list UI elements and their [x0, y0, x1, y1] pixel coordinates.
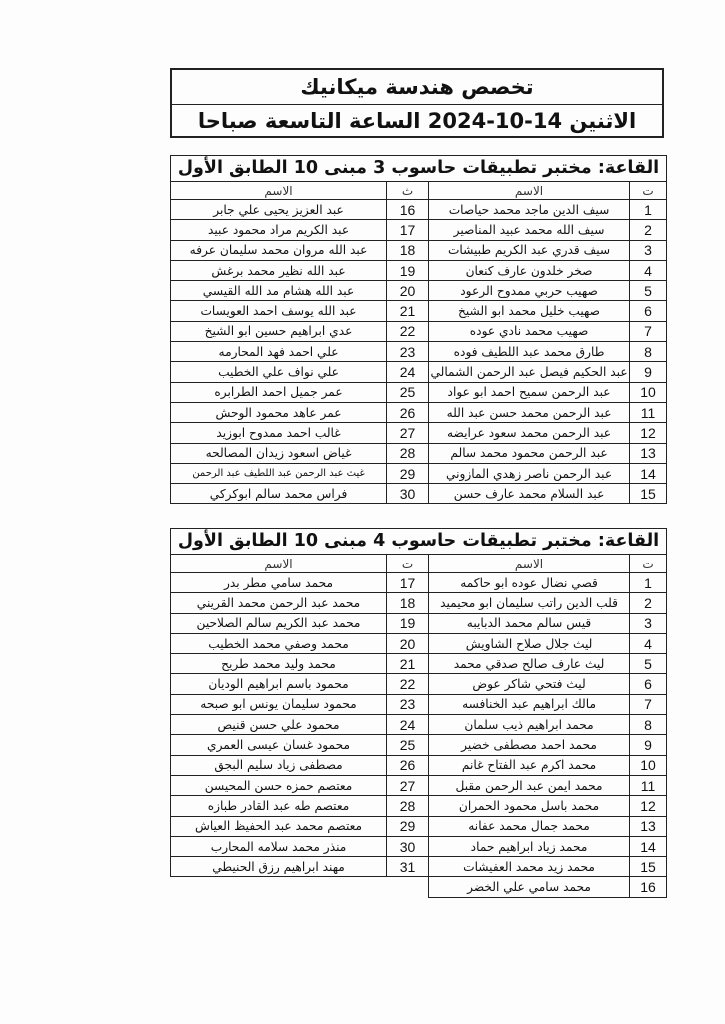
- row-number: 16: [630, 877, 667, 897]
- student-name: ليث جلال صلاح الشاويش: [429, 633, 630, 653]
- hall-title: القاعة: مختبر تطبيقات حاسوب 3 مبنى 10 ال…: [171, 156, 667, 182]
- table-row: 10محمد اكرم عبد الفتاح غانم26مصطفى زياد …: [171, 755, 667, 775]
- table-row: 5ليث عارف صالح صدقي محمد21محمد وليد محمد…: [171, 654, 667, 674]
- table-row: 4ليث جلال صلاح الشاويش20محمد وصفي محمد ا…: [171, 633, 667, 653]
- table-row: 14محمد زياد ابراهيم حماد30منذر محمد سلام…: [171, 836, 667, 856]
- major-title: تخصص هندسة ميكانيك: [172, 70, 662, 104]
- hall-row: القاعة: مختبر تطبيقات حاسوب 3 مبنى 10 ال…: [171, 156, 667, 182]
- row-number: 27: [387, 423, 429, 443]
- row-number: 13: [630, 816, 667, 836]
- student-name: مصطفى زياد سليم البجق: [171, 755, 387, 775]
- document-page: تخصص هندسة ميكانيك الاثنين 14-10-2024 ال…: [0, 0, 725, 1024]
- row-number: 11: [630, 775, 667, 795]
- student-name: منذر محمد سلامه المحارب: [171, 836, 387, 856]
- row-number: 14: [630, 463, 667, 483]
- header-name-right: الاسم: [429, 182, 630, 200]
- table-row: 14عبد الرحمن ناصر زهدي المازوني29غيث عبد…: [171, 463, 667, 483]
- table-row: 6صهيب خليل محمد ابو الشيخ21عبد الله يوسف…: [171, 301, 667, 321]
- student-name: صخر خلدون عارف كنعان: [429, 260, 630, 280]
- row-number: 2: [630, 220, 667, 240]
- student-name: قلب الدين راتب سليمان ابو محيميد: [429, 593, 630, 613]
- row-number: 21: [387, 301, 429, 321]
- header-name-left: الاسم: [171, 182, 387, 200]
- column-header-row: تالاسمتالاسم: [171, 555, 667, 573]
- row-number: 10: [630, 755, 667, 775]
- row-number: 2: [630, 593, 667, 613]
- header-num-left: ث: [387, 182, 429, 200]
- student-name: مهند ابراهيم رزق الحنيطي: [171, 857, 387, 877]
- table-row: 5صهيب حربي ممدوح الرعود20عبد الله هشام م…: [171, 281, 667, 301]
- student-name: محمد زياد ابراهيم حماد: [429, 836, 630, 856]
- table-row: 2سيف الله محمد عبيد المناصير17عبد الكريم…: [171, 220, 667, 240]
- row-number: 3: [630, 613, 667, 633]
- student-name: عمر عاهد محمود الوحش: [171, 402, 387, 422]
- row-number: 8: [630, 715, 667, 735]
- student-name: عبد الله نظير محمد برغش: [171, 260, 387, 280]
- row-number: 1: [630, 573, 667, 593]
- student-name: محمد باسل محمود الحمران: [429, 796, 630, 816]
- student-name: معتصم محمد عبد الحفيظ العياش: [171, 816, 387, 836]
- table-row: 15محمد زيد محمد العفيشات31مهند ابراهيم ر…: [171, 857, 667, 877]
- student-name: عبد العزيز يحيى علي جابر: [171, 200, 387, 220]
- row-number: 4: [630, 633, 667, 653]
- student-name: عمر جميل احمد الطرابره: [171, 382, 387, 402]
- hall-row: القاعة: مختبر تطبيقات حاسوب 4 مبنى 10 ال…: [171, 529, 667, 555]
- hall-table-2: القاعة: مختبر تطبيقات حاسوب 4 مبنى 10 ال…: [170, 528, 667, 898]
- row-number: 16: [387, 200, 429, 220]
- student-name: عبد الله يوسف احمد العويسات: [171, 301, 387, 321]
- student-name: ليث عارف صالح صدقي محمد: [429, 654, 630, 674]
- student-name: محمود غسان عيسى العمري: [171, 735, 387, 755]
- table-row: 8محمد ابراهيم ذيب سلمان24محمود علي حسن ق…: [171, 715, 667, 735]
- student-name: محمود باسم ابراهيم الوديان: [171, 674, 387, 694]
- student-name: عبد السلام محمد عارف حسن: [429, 484, 630, 504]
- row-number: 5: [630, 654, 667, 674]
- row-number: 17: [387, 220, 429, 240]
- student-name: غياض اسعود زيدان المصالحه: [171, 443, 387, 463]
- row-number: 19: [387, 613, 429, 633]
- student-name: محمود علي حسن قنيص: [171, 715, 387, 735]
- table-row: 15عبد السلام محمد عارف حسن30فراس محمد سا…: [171, 484, 667, 504]
- row-number: 24: [387, 362, 429, 382]
- row-number: 14: [630, 836, 667, 856]
- table-row: 3سيف قدري عبد الكريم طبيشات18عبد الله مر…: [171, 240, 667, 260]
- row-number: 23: [387, 694, 429, 714]
- row-number: 28: [387, 796, 429, 816]
- student-name: عبد الرحمن سميح احمد ابو عواد: [429, 382, 630, 402]
- table-row: 11محمد ايمن عبد الرحمن مقبل27معتصم حمزه …: [171, 775, 667, 795]
- student-name: محمد اكرم عبد الفتاح غانم: [429, 755, 630, 775]
- row-number: 24: [387, 715, 429, 735]
- row-number: 5: [630, 281, 667, 301]
- row-number: 6: [630, 301, 667, 321]
- student-name: عبد الرحمن محمد سعود عرايضه: [429, 423, 630, 443]
- student-name: طارق محمد عبد اللطيف فوده: [429, 342, 630, 362]
- table-row: 1سيف الدين ماجد محمد حياصات16عبد العزيز …: [171, 200, 667, 220]
- student-name: صهيب محمد نادي عوده: [429, 321, 630, 341]
- row-number: 7: [630, 321, 667, 341]
- table-row: 9محمد احمد مصطفى خضير25محمود غسان عيسى ا…: [171, 735, 667, 755]
- student-name: غالب احمد ممدوح ابوزيد: [171, 423, 387, 443]
- student-name: عبد الله مروان محمد سليمان عرفه: [171, 240, 387, 260]
- row-number: 8: [630, 342, 667, 362]
- table-row: 16محمد سامي علي الخضر: [171, 877, 667, 897]
- student-name: محمد احمد مصطفى خضير: [429, 735, 630, 755]
- hall-title: القاعة: مختبر تطبيقات حاسوب 4 مبنى 10 ال…: [171, 529, 667, 555]
- student-name: عبد الرحمن ناصر زهدي المازوني: [429, 463, 630, 483]
- row-number: 12: [630, 796, 667, 816]
- row-number: 25: [387, 735, 429, 755]
- row-number: 9: [630, 735, 667, 755]
- row-number: 18: [387, 593, 429, 613]
- row-number: 7: [630, 694, 667, 714]
- student-name: محمد وليد محمد طريح: [171, 654, 387, 674]
- row-number: 10: [630, 382, 667, 402]
- row-number: 26: [387, 755, 429, 775]
- row-number: 12: [630, 423, 667, 443]
- table-row: 7مالك ابراهيم عبد الخنافسه23محمود سليمان…: [171, 694, 667, 714]
- student-name: عبد الله هشام مد الله القيسي: [171, 281, 387, 301]
- table-row: 1قصي نضال عوده ابو حاكمه17محمد سامي مطر …: [171, 573, 667, 593]
- row-number: 11: [630, 402, 667, 422]
- row-number: 23: [387, 342, 429, 362]
- row-number: 21: [387, 654, 429, 674]
- student-name: سيف الدين ماجد محمد حياصات: [429, 200, 630, 220]
- row-number: 20: [387, 281, 429, 301]
- row-number: 22: [387, 321, 429, 341]
- row-number: 15: [630, 857, 667, 877]
- student-name: عبد الحكيم فيصل عبد الرحمن الشمالي: [429, 362, 630, 382]
- student-name: محمد ابراهيم ذيب سلمان: [429, 715, 630, 735]
- table-row: 6ليث فتحي شاكر عوض22محمود باسم ابراهيم ا…: [171, 674, 667, 694]
- student-name: غيث عبد الرحمن عبد اللطيف عبد الرحمن: [171, 463, 387, 483]
- student-name: محمد سامي مطر بدر: [171, 573, 387, 593]
- table-row: 7صهيب محمد نادي عوده22عدي ابراهيم حسين ا…: [171, 321, 667, 341]
- table-row: 9عبد الحكيم فيصل عبد الرحمن الشمالي24علي…: [171, 362, 667, 382]
- student-name: صهيب خليل محمد ابو الشيخ: [429, 301, 630, 321]
- row-number: 27: [387, 775, 429, 795]
- student-name: محمود سليمان يونس ابو صبحه: [171, 694, 387, 714]
- table-row: 11عبد الرحمن محمد حسن عبد الله26عمر عاهد…: [171, 402, 667, 422]
- student-name: فراس محمد سالم ابوكركي: [171, 484, 387, 504]
- row-number: 29: [387, 463, 429, 483]
- row-number: 13: [630, 443, 667, 463]
- student-name: معتصم حمزه حسن المحيسن: [171, 775, 387, 795]
- row-number: 1: [630, 200, 667, 220]
- row-number: 26: [387, 402, 429, 422]
- row-number: 30: [387, 836, 429, 856]
- table-row: 2قلب الدين راتب سليمان ابو محيميد18محمد …: [171, 593, 667, 613]
- table-row: 12محمد باسل محمود الحمران28معتصم طه عبد …: [171, 796, 667, 816]
- row-number: 6: [630, 674, 667, 694]
- student-name: قيس سالم محمد الدبايبه: [429, 613, 630, 633]
- student-name: محمد جمال محمد عفانه: [429, 816, 630, 836]
- row-number: 3: [630, 240, 667, 260]
- header-num-right: ت: [630, 182, 667, 200]
- row-number: 15: [630, 484, 667, 504]
- column-header-row: تالاسمثالاسم: [171, 182, 667, 200]
- title-box: تخصص هندسة ميكانيك الاثنين 14-10-2024 ال…: [170, 68, 664, 138]
- student-name: صهيب حربي ممدوح الرعود: [429, 281, 630, 301]
- row-number: 30: [387, 484, 429, 504]
- table-row: 3قيس سالم محمد الدبايبه19محمد عبد الكريم…: [171, 613, 667, 633]
- student-name: مالك ابراهيم عبد الخنافسه: [429, 694, 630, 714]
- table-row: 10عبد الرحمن سميح احمد ابو عواد25عمر جمي…: [171, 382, 667, 402]
- student-name: قصي نضال عوده ابو حاكمه: [429, 573, 630, 593]
- student-name: عدي ابراهيم حسين ابو الشيخ: [171, 321, 387, 341]
- empty-cell: [171, 877, 429, 897]
- student-name: محمد عبد الكريم سالم الصلاحين: [171, 613, 387, 633]
- row-number: 4: [630, 260, 667, 280]
- table-row: 13عبد الرحمن محمود محمد سالم28غياض اسعود…: [171, 443, 667, 463]
- student-name: ليث فتحي شاكر عوض: [429, 674, 630, 694]
- table-row: 13محمد جمال محمد عفانه29معتصم محمد عبد ا…: [171, 816, 667, 836]
- student-name: سيف قدري عبد الكريم طبيشات: [429, 240, 630, 260]
- row-number: 31: [387, 857, 429, 877]
- exam-date-time: الاثنين 14-10-2024 الساعة التاسعة صباحا: [172, 104, 662, 137]
- student-name: محمد ايمن عبد الرحمن مقبل: [429, 775, 630, 795]
- row-number: 20: [387, 633, 429, 653]
- table-row: 4صخر خلدون عارف كنعان19عبد الله نظير محم…: [171, 260, 667, 280]
- row-number: 19: [387, 260, 429, 280]
- row-number: 17: [387, 573, 429, 593]
- row-number: 22: [387, 674, 429, 694]
- row-number: 25: [387, 382, 429, 402]
- table-row: 8طارق محمد عبد اللطيف فوده23علي احمد فهد…: [171, 342, 667, 362]
- header-name-right: الاسم: [429, 555, 630, 573]
- student-name: عبد الكريم مراد محمود عبيد: [171, 220, 387, 240]
- student-name: عبد الرحمن محمود محمد سالم: [429, 443, 630, 463]
- row-number: 9: [630, 362, 667, 382]
- student-name: سيف الله محمد عبيد المناصير: [429, 220, 630, 240]
- student-name: معتصم طه عبد القادر طبازه: [171, 796, 387, 816]
- header-name-left: الاسم: [171, 555, 387, 573]
- student-name: عبد الرحمن محمد حسن عبد الله: [429, 402, 630, 422]
- table-row: 12عبد الرحمن محمد سعود عرايضه27غالب احمد…: [171, 423, 667, 443]
- hall-table-1: القاعة: مختبر تطبيقات حاسوب 3 مبنى 10 ال…: [170, 155, 667, 504]
- header-num-left: ت: [387, 555, 429, 573]
- student-name: محمد زيد محمد العفيشات: [429, 857, 630, 877]
- student-name: علي نواف علي الخطيب: [171, 362, 387, 382]
- header-num-right: ت: [630, 555, 667, 573]
- student-name: محمد سامي علي الخضر: [429, 877, 630, 897]
- student-name: علي احمد فهد المحارمه: [171, 342, 387, 362]
- row-number: 18: [387, 240, 429, 260]
- student-name: محمد عبد الرحمن محمد القريني: [171, 593, 387, 613]
- row-number: 28: [387, 443, 429, 463]
- row-number: 29: [387, 816, 429, 836]
- student-name: محمد وصفي محمد الخطيب: [171, 633, 387, 653]
